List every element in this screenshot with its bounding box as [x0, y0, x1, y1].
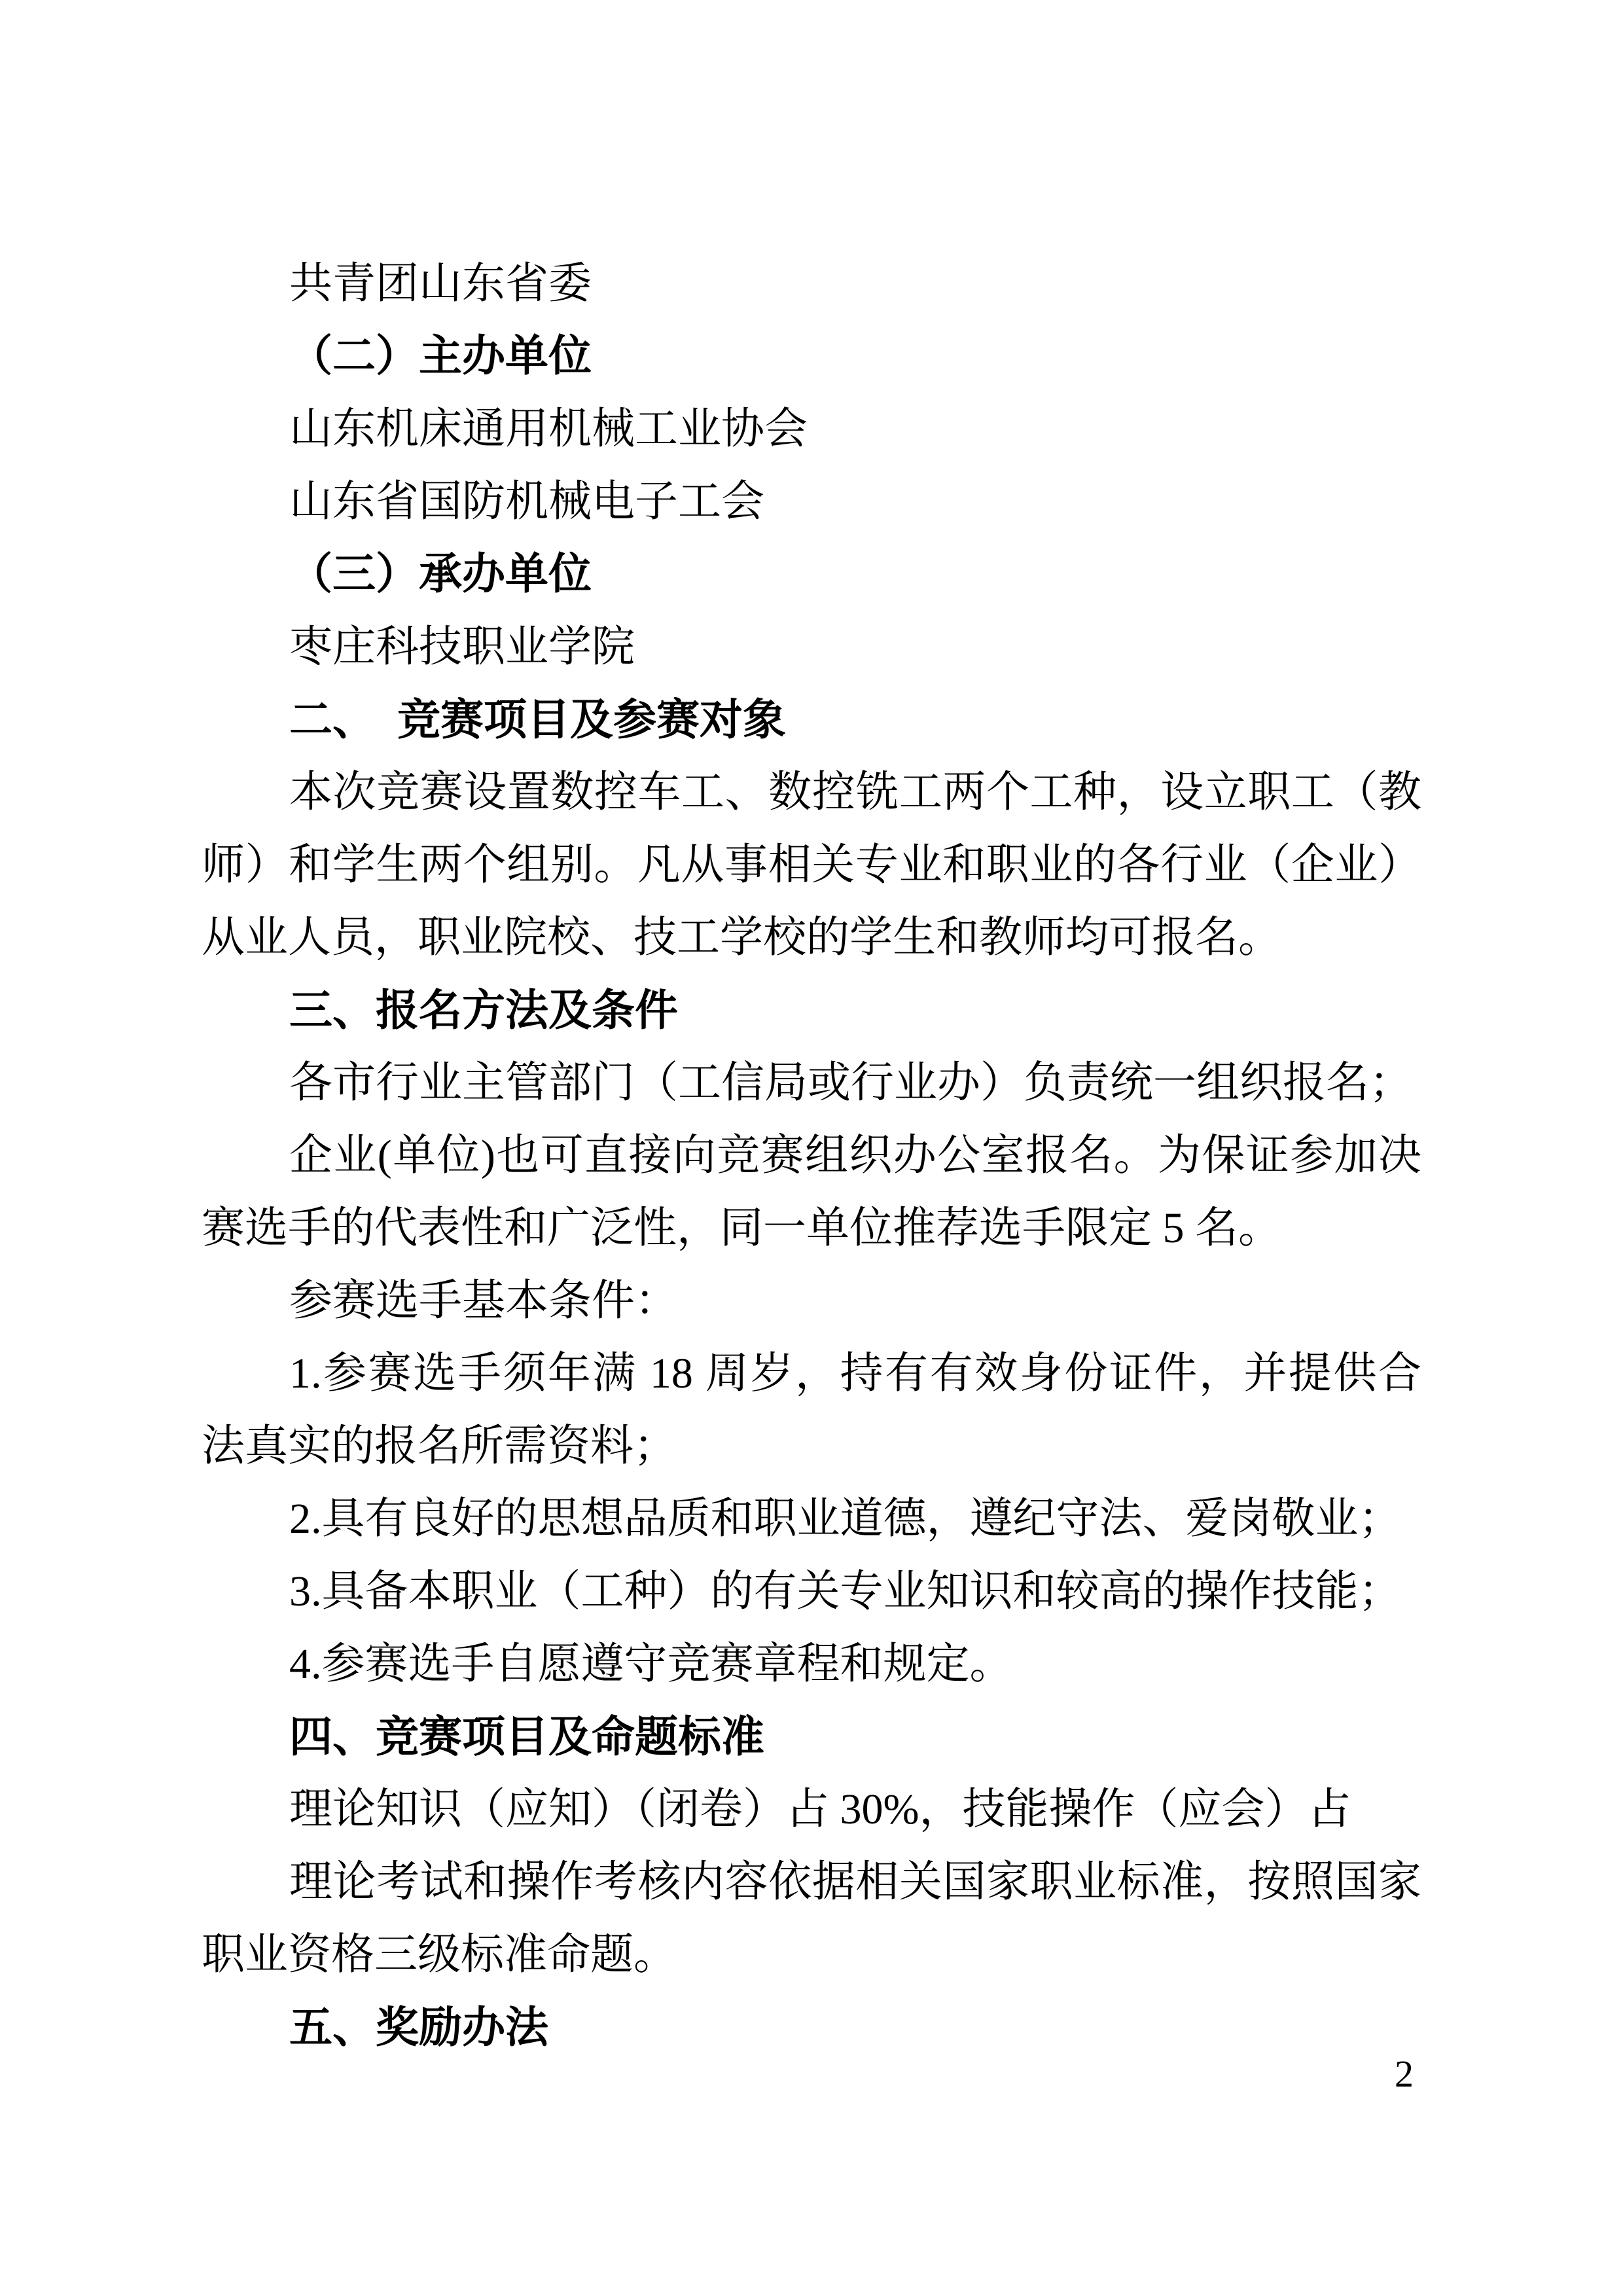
- condition-item-1: 1.参赛选手须年满 18 周岁，持有有效身份证件，并提供合: [202, 1337, 1421, 1410]
- org-list-item: 山东省国防机械电子工会: [202, 465, 1421, 538]
- paragraph-line: 赛选手的代表性和广泛性，同一单位推荐选手限定 5 名。: [202, 1192, 1421, 1265]
- org-list-item: 枣庄科技职业学院: [202, 611, 1421, 683]
- condition-item-2: 2.具有良好的思想品质和职业道德，遵纪守法、爱岗敬业；: [202, 1482, 1421, 1555]
- subsection-heading-host-units: （二）主办单位: [202, 320, 1421, 393]
- document-page: 共青团山东省委 （二）主办单位 山东机床通用机械工业协会 山东省国防机械电子工会…: [0, 0, 1623, 2296]
- paragraph-line: 企业(单位)也可直接向竞赛组织办公室报名。为保证参加决: [202, 1119, 1421, 1192]
- paragraph-line: 职业资格三级标准命题。: [202, 1918, 1421, 1991]
- paragraph-line: 理论知识（应知）（闭卷）占 30%，技能操作（应会）占 70%。: [202, 1773, 1421, 1846]
- condition-item-1-continued: 法真实的报名所需资料；: [202, 1410, 1421, 1482]
- document-body: 共青团山东省委 （二）主办单位 山东机床通用机械工业协会 山东省国防机械电子工会…: [202, 247, 1421, 2064]
- paragraph-line: 各市行业主管部门（工信局或行业办）负责统一组织报名；: [202, 1047, 1421, 1119]
- paragraph-line: 理论考试和操作考核内容依据相关国家职业标准，按照国家: [202, 1846, 1421, 1918]
- section-heading-5-awards: 五、奖励办法: [202, 1991, 1421, 2064]
- paragraph-line: 师）和学生两个组别。凡从事相关专业和职业的各行业（企业）: [202, 829, 1421, 901]
- org-list-item: 共青团山东省委: [202, 247, 1421, 320]
- paragraph-line: 从业人员，职业院校、技工学校的学生和教师均可报名。: [202, 901, 1421, 974]
- condition-item-4: 4.参赛选手自愿遵守竞赛章程和规定。: [202, 1628, 1421, 1700]
- condition-item-3: 3.具备本职业（工种）的有关专业知识和较高的操作技能；: [202, 1555, 1421, 1628]
- subsection-heading-organizer-units: （三）承办单位: [202, 538, 1421, 611]
- paragraph-line: 本次竞赛设置数控车工、数控铣工两个工种，设立职工（教: [202, 756, 1421, 829]
- page-number: 2: [1395, 2051, 1414, 2097]
- section-heading-2-competition-events: 二、 竞赛项目及参赛对象: [202, 683, 1421, 756]
- paragraph-line: 参赛选手基本条件：: [202, 1265, 1421, 1337]
- section-heading-4-standards: 四、竞赛项目及命题标准: [202, 1700, 1421, 1773]
- section-heading-3-registration: 三、报名方法及条件: [202, 974, 1421, 1047]
- org-list-item: 山东机床通用机械工业协会: [202, 393, 1421, 465]
